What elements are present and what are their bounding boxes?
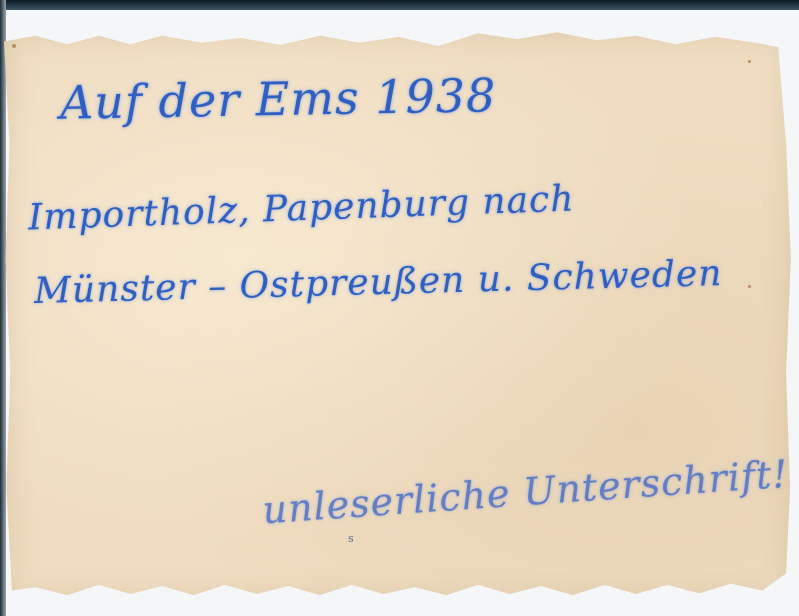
paper-stain (12, 44, 16, 48)
paper-stain (748, 285, 751, 288)
paper-stain (748, 60, 751, 63)
scanner-top-edge (0, 0, 799, 10)
small-pencil-mark: s (348, 532, 354, 545)
handwritten-heading: Auf der Ems 1938 (60, 68, 497, 130)
scanner-left-edge (0, 0, 6, 616)
